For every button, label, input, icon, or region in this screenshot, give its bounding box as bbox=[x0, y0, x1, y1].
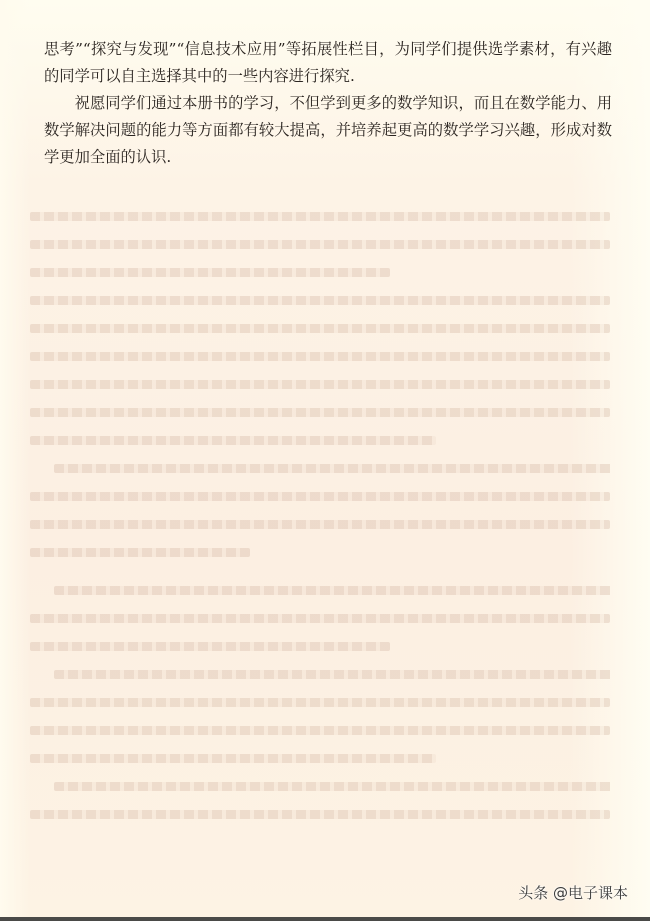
bleed-through-line bbox=[30, 352, 610, 361]
bleed-through-line bbox=[30, 492, 610, 501]
bleed-through-line bbox=[30, 548, 250, 557]
bleed-through-line bbox=[30, 380, 610, 389]
bleed-through-line bbox=[30, 324, 610, 333]
bleed-through-line bbox=[54, 670, 610, 679]
bleed-through-line bbox=[54, 464, 610, 473]
bottom-border bbox=[0, 917, 650, 921]
bleed-through-line bbox=[30, 212, 610, 221]
bleed-through-line bbox=[30, 240, 610, 249]
bleed-through-line bbox=[30, 754, 436, 763]
bleed-through-line bbox=[30, 698, 610, 707]
paragraph-closing-wishes: 祝愿同学们通过本册书的学习，不但学到更多的数学知识，而且在数学能力、用数学解决问… bbox=[44, 90, 612, 171]
page-edge-left bbox=[0, 0, 30, 921]
bleed-through-line bbox=[30, 520, 610, 529]
bleed-through-line bbox=[30, 268, 390, 277]
bleed-through-text bbox=[30, 212, 610, 852]
bleed-through-line bbox=[30, 810, 610, 819]
bleed-through-line bbox=[54, 586, 610, 595]
page-body-text: 思考”“探究与发现”“信息技术应用”等拓展性栏目，为同学们提供选学素材，有兴趣的… bbox=[44, 36, 612, 171]
bleed-through-line bbox=[30, 614, 610, 623]
bleed-through-line bbox=[54, 782, 610, 791]
bleed-through-line bbox=[30, 726, 610, 735]
bleed-through-line bbox=[30, 296, 610, 305]
bleed-through-line bbox=[30, 408, 610, 417]
bleed-through-line bbox=[30, 436, 436, 445]
paragraph-optional-columns: 思考”“探究与发现”“信息技术应用”等拓展性栏目，为同学们提供选学素材，有兴趣的… bbox=[44, 36, 612, 90]
bleed-through-line bbox=[30, 642, 390, 651]
watermark: 头条 @电子课本 bbox=[518, 882, 628, 903]
